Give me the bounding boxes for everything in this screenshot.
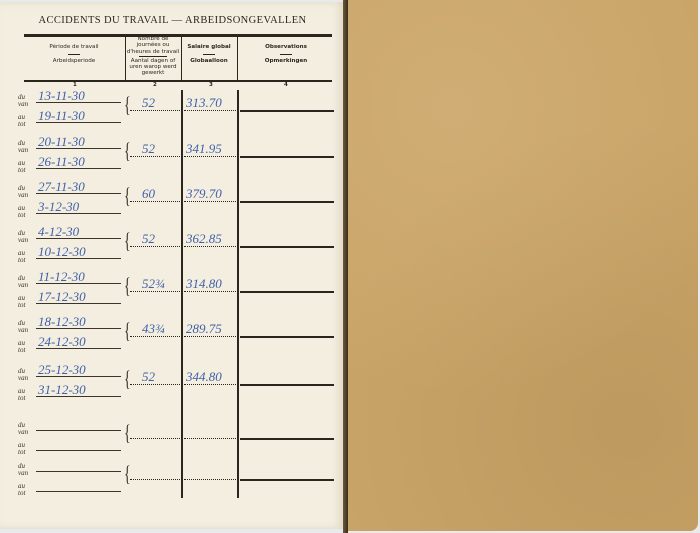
from-date-line	[36, 430, 121, 431]
col-number: 2	[153, 82, 157, 88]
label-to: autot	[18, 114, 25, 128]
dotted-line	[130, 479, 180, 480]
brace: {	[124, 320, 130, 342]
to-date: 3-12-30	[38, 199, 79, 215]
from-date: 11-12-30	[38, 269, 85, 285]
label-from: duvan	[18, 140, 28, 154]
col2-header: Nombre de journées ou d'heures de travai…	[126, 36, 180, 77]
col-number: 3	[209, 82, 213, 88]
from-date: 13-11-30	[38, 88, 85, 104]
label-from: duvan	[18, 185, 28, 199]
observation-line	[240, 384, 334, 386]
dotted-line	[184, 479, 236, 480]
label-to: autot	[18, 205, 25, 219]
global-salary: 344.80	[186, 369, 222, 385]
days-worked: 52	[142, 95, 155, 111]
label-to: autot	[18, 442, 25, 456]
global-salary: 313.70	[186, 95, 222, 111]
to-date: 31-12-30	[38, 382, 86, 398]
observation-line	[240, 246, 334, 248]
global-salary: 362.85	[186, 231, 222, 247]
brace: {	[124, 230, 130, 252]
col-divider	[237, 90, 239, 498]
label-from: duvan	[18, 275, 28, 289]
brace: {	[124, 94, 130, 116]
brace: {	[124, 368, 130, 390]
brace: {	[124, 275, 130, 297]
label-to: autot	[18, 483, 25, 497]
col-divider	[181, 90, 183, 498]
dotted-line	[130, 246, 180, 247]
days-worked: 52¾	[142, 276, 165, 292]
days-worked: 43¾	[142, 321, 165, 337]
from-date: 4-12-30	[38, 224, 79, 240]
col-divider	[237, 37, 238, 80]
to-date-line	[36, 450, 121, 451]
col1-header: Période de travailArbeidsperiode	[26, 44, 122, 65]
label-from: duvan	[18, 230, 28, 244]
to-date: 19-11-30	[38, 108, 85, 124]
dotted-line	[130, 156, 180, 157]
brace: {	[124, 185, 130, 207]
to-date: 10-12-30	[38, 244, 86, 260]
from-date-line	[36, 471, 121, 472]
col4-header: ObservationsOpmerkingen	[240, 44, 332, 65]
col-divider	[181, 37, 182, 80]
dotted-line	[130, 384, 180, 385]
label-to: autot	[18, 295, 25, 309]
dotted-line	[184, 438, 236, 439]
to-date-line	[36, 491, 121, 492]
label-from: duvan	[18, 463, 28, 477]
dotted-line	[130, 201, 180, 202]
days-worked: 52	[142, 141, 155, 157]
observation-line	[240, 291, 334, 293]
brace: {	[124, 422, 130, 444]
brace: {	[124, 463, 130, 485]
right-page-cover	[348, 0, 698, 531]
col-divider	[125, 37, 126, 80]
from-date: 27-11-30	[38, 179, 85, 195]
to-date: 24-12-30	[38, 334, 86, 350]
global-salary: 379.70	[186, 186, 222, 202]
to-date: 17-12-30	[38, 289, 86, 305]
label-to: autot	[18, 160, 25, 174]
global-salary: 341.95	[186, 141, 222, 157]
observation-line	[240, 156, 334, 158]
col3-header: Salaire globalGlobaalloon	[182, 44, 236, 65]
label-from: duvan	[18, 422, 28, 436]
observation-line	[240, 110, 334, 112]
to-date: 26-11-30	[38, 154, 85, 170]
label-from: duvan	[18, 94, 28, 108]
label-from: duvan	[18, 320, 28, 334]
from-date: 18-12-30	[38, 314, 86, 330]
dotted-line	[130, 110, 180, 111]
days-worked: 52	[142, 369, 155, 385]
label-from: duvan	[18, 368, 28, 382]
observation-line	[240, 201, 334, 203]
global-salary: 289.75	[186, 321, 222, 337]
from-date: 25-12-30	[38, 362, 86, 378]
label-to: autot	[18, 388, 25, 402]
left-page: ACCIDENTS DU TRAVAIL — ARBEIDSONGEVALLEN…	[0, 2, 345, 529]
brace: {	[124, 140, 130, 162]
global-salary: 314.80	[186, 276, 222, 292]
days-worked: 52	[142, 231, 155, 247]
dotted-line	[130, 438, 180, 439]
observation-line	[240, 438, 334, 440]
label-to: autot	[18, 250, 25, 264]
days-worked: 60	[142, 186, 155, 202]
page-title: ACCIDENTS DU TRAVAIL — ARBEIDSONGEVALLEN	[0, 15, 345, 26]
observation-line	[240, 336, 334, 338]
col-number: 4	[284, 82, 288, 88]
observation-line	[240, 479, 334, 481]
from-date: 20-11-30	[38, 134, 85, 150]
label-to: autot	[18, 340, 25, 354]
